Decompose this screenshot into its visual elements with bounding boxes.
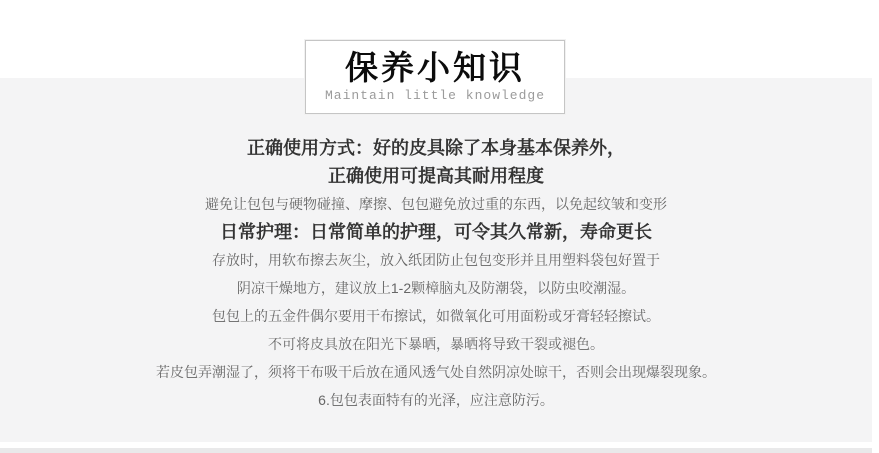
care-tip-line: 不可将皮具放在阳光下暴晒，暴晒将导致干裂或褪色。 bbox=[0, 330, 872, 358]
section-subtitle: Maintain little knowledge bbox=[306, 88, 564, 103]
care-tip-line: 避免让包包与硬物碰撞、摩擦、包包避免放过重的东西，以免起纹皱和变形 bbox=[0, 190, 872, 218]
section-title-box: 保养小知识 Maintain little knowledge bbox=[305, 40, 565, 114]
care-tips-text-block: 正确使用方式：好的皮具除了本身基本保养外， 正确使用可提高其耐用程度 避免让包包… bbox=[0, 134, 872, 414]
care-tip-line: 正确使用方式：好的皮具除了本身基本保养外， bbox=[0, 134, 872, 162]
section-title: 保养小知识 bbox=[306, 48, 564, 88]
care-tip-line: 6.包包表面特有的光泽，应注意防污。 bbox=[0, 386, 872, 414]
care-tip-line: 正确使用可提高其耐用程度 bbox=[0, 162, 872, 190]
care-tip-line: 存放时，用软布擦去灰尘，放入纸团防止包包变形并且用塑料袋包好置于 bbox=[0, 246, 872, 274]
care-tip-line: 日常护理：日常简单的护理，可令其久常新，寿命更长 bbox=[0, 218, 872, 246]
care-tip-line: 包包上的五金件偶尔要用干布擦试，如微氧化可用面粉或牙膏轻轻擦试。 bbox=[0, 302, 872, 330]
care-tip-line: 阴凉干燥地方，建议放上1-2颗樟脑丸及防潮袋，以防虫咬潮湿。 bbox=[0, 274, 872, 302]
bottom-divider-bar bbox=[0, 448, 872, 453]
care-tip-line: 若皮包弄潮湿了，须将干布吸干后放在通风透气处自然阴凉处晾干，否则会出现爆裂现象。 bbox=[0, 358, 872, 386]
maintenance-tips-section: 保养小知识 Maintain little knowledge 正确使用方式：好… bbox=[0, 0, 879, 453]
